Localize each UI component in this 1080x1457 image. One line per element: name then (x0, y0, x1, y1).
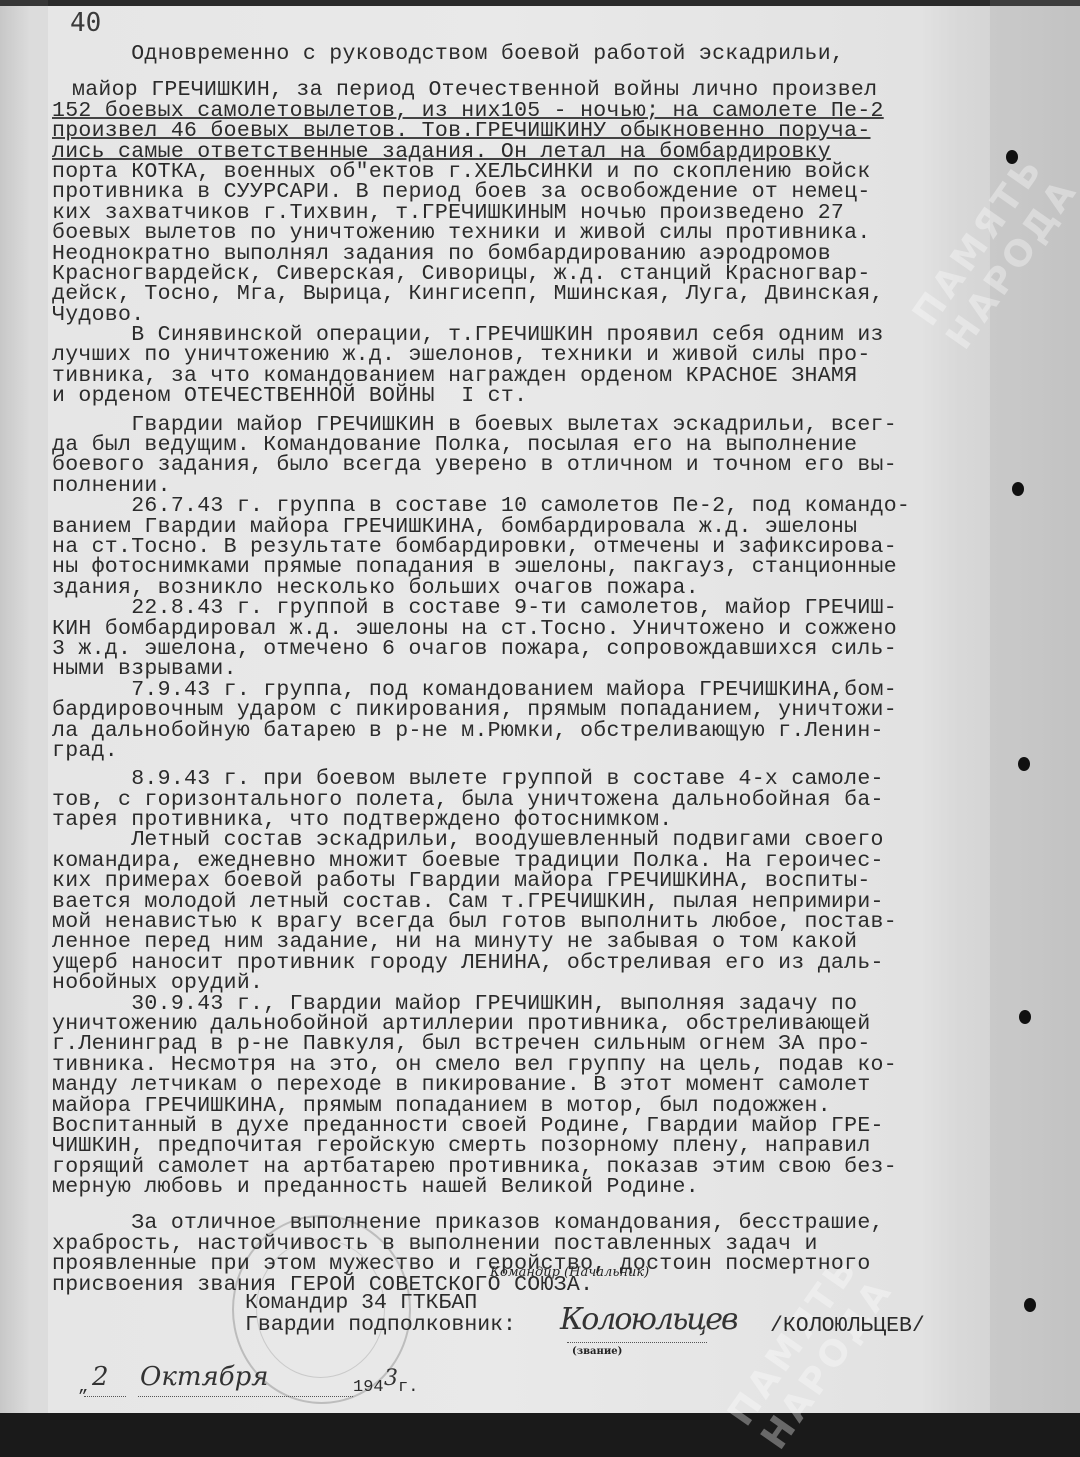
date-year-mark: г. (398, 1378, 418, 1397)
commander-unit: Командир 34 ГТКБАП (245, 1291, 477, 1315)
text-line: 26.7.43 г. группа в составе 10 самолетов… (52, 496, 972, 516)
text-line: ванием Гвардии майора ГРЕЧИШКИНА, бомбар… (52, 517, 972, 537)
text-line: на ст.Тосно. В результате бомбардировки,… (52, 537, 972, 557)
text-line: 3 ж.д. эшелона, отмечено 6 очагов пожара… (52, 639, 972, 659)
signature-dotted-line (567, 1342, 707, 1343)
date-month: Октября (140, 1362, 268, 1392)
text-line: КИН бомбардировал ж.д. эшелоны на ст.Тос… (52, 619, 972, 639)
punch-hole (1012, 482, 1024, 496)
text-line: боевого задания, было всегда уверено в о… (52, 455, 972, 475)
text-line: порта КОТКА, военных об"ектов г.ХЕЛЬСИНК… (52, 162, 972, 182)
text-line: командира, ежедневно множит боевые тради… (52, 851, 972, 871)
text-line: ными взрывами. (52, 659, 972, 679)
document-page: ПАМЯТЬ НАРОДА ПАМЯТЬ НАРОДА 40 Одновреме… (0, 0, 1080, 1413)
text-line: ны фотоснимками прямые попадания в эшело… (52, 557, 972, 577)
scan-top-edge (0, 0, 1080, 6)
text-line: уничтожению дальнобойной артиллерии прот… (52, 1014, 972, 1034)
text-line: и орденом ОТЕЧЕСТВЕННОЙ ВОЙНЫ I ст. (52, 386, 972, 406)
text-line: ущерб наносит противник городу ЛЕНИНА, о… (52, 953, 972, 973)
punch-hole (1019, 1010, 1031, 1024)
text-line: тарея противника, что подтверждено фотос… (52, 810, 972, 830)
text-line: 22.8.43 г. группой в составе 9-ти самоле… (52, 598, 972, 618)
text-line: Красногвардейск, Сиверская, Сиворицы, ж.… (52, 264, 972, 284)
text-line: Одновременно с руководством боевой работ… (52, 44, 972, 64)
text-line: ленное перед ним задание, ни на минуту н… (52, 932, 972, 952)
text-line: дейск, Тосно, Мга, Вырица, Кингисепп, Мш… (52, 284, 972, 304)
commander-caption: Командир (Начальник) (490, 1265, 649, 1280)
text-line: ких примерах боевой работы Гвардии майор… (52, 871, 972, 891)
text-line: боевых вылетов по уничтожению техники и … (52, 223, 972, 243)
text-line: Воспитанный в духе преданности своей Род… (52, 1116, 972, 1136)
text-line: тивника. Несмотря на это, он смело вел г… (52, 1055, 972, 1075)
text-line: ких захватчиков г.Тихвин, т.ГРЕЧИШКИНЫМ … (52, 203, 972, 223)
text-line: В Синявинской операции, т.ГРЕЧИШКИН проя… (52, 325, 972, 345)
text-line: 7.9.43 г. группа, под командованием майо… (52, 680, 972, 700)
text-line: здания, возникло несколько больших очаго… (52, 578, 972, 598)
text-line: За отличное выполнение приказов командов… (52, 1213, 972, 1233)
text-line: храбрость, настойчивость в выполнении по… (52, 1234, 972, 1254)
text-line: майора ГРЕЧИШКИНА, прямым попаданием в м… (52, 1096, 972, 1116)
text-line: 152 боевых самолетовылетов, из них105 - … (52, 101, 972, 121)
commander-rank: Гвардии подполковник: (245, 1313, 516, 1337)
text-line: ЧИШКИН, предпочитая геройскую смерть поз… (52, 1136, 972, 1156)
text-line: майор ГРЕЧИШКИН, за период Отечественной… (52, 80, 972, 100)
text-line: вается молодой летный состав. Сам т.ГРЕЧ… (52, 892, 972, 912)
text-line: нобойных орудий. (52, 973, 972, 993)
text-line: горящий самолет на артбатарею противника… (52, 1157, 972, 1177)
text-line: г.Ленинград в р-не Павкуля, был встречен… (52, 1034, 972, 1054)
text-line: мой ненавистью к врагу всегда был готов … (52, 912, 972, 932)
text-line: манду летчикам о переходе в пикирование.… (52, 1075, 972, 1095)
date-year-prefix: 194 (353, 1378, 384, 1397)
text-line: лучших по уничтожению ж.д. эшелонов, тех… (52, 345, 972, 365)
punch-hole (1024, 1298, 1036, 1312)
text-line: тов, с горизонтального полета, была унич… (52, 790, 972, 810)
rank-caption: (звание) (572, 1346, 622, 1357)
page-number: 40 (70, 8, 101, 38)
signatory-name: /КОЛОЮЛЬЦЕВ/ (770, 1314, 925, 1338)
text-line: лись самые ответственные задания. Он лет… (52, 142, 972, 162)
text-line: Летный состав эскадрильи, воодушевленный… (52, 830, 972, 850)
handwritten-signature: Колоюльцев (560, 1302, 736, 1337)
text-line: противника в СУУРСАРИ. В период боев за … (52, 182, 972, 202)
day-dotted-line (84, 1396, 126, 1397)
punch-hole (1018, 757, 1030, 771)
text-line: бардировочным ударом с пикирования, прям… (52, 700, 972, 720)
date-open-quote: „ (78, 1378, 88, 1397)
date-year-suffix: 3 (384, 1366, 398, 1391)
month-dotted-line (138, 1396, 353, 1397)
text-line: Неоднократно выполнял задания по бомбард… (52, 244, 972, 264)
punch-hole (1006, 150, 1018, 164)
signature-title: Командир 34 ГТКБАП Гвардии подполковник: (245, 1292, 516, 1336)
text-line: да был ведущим. Командование Полка, посы… (52, 435, 972, 455)
text-line: мерную любовь и преданность нашей Велико… (52, 1177, 972, 1197)
text-line: ла дальнобойную батарею в р-не м.Рюмки, … (52, 721, 972, 741)
text-line: 8.9.43 г. при боевом вылете группой в со… (52, 769, 972, 789)
text-line: 30.9.43 г., Гвардии майор ГРЕЧИШКИН, вып… (52, 994, 972, 1014)
date-day: 2 (92, 1362, 109, 1392)
text-line: Гвардии майор ГРЕЧИШКИН в боевых вылетах… (52, 415, 972, 435)
document-body: Одновременно с руководством боевой работ… (52, 44, 972, 1295)
text-line: полнении. (52, 476, 972, 496)
scan-left-margin (0, 0, 48, 1413)
text-line: град. (52, 741, 972, 761)
text-line: произвел 46 боевых вылетов. Тов.ГРЕЧИШКИ… (52, 121, 972, 141)
text-line: Чудово. (52, 305, 972, 325)
